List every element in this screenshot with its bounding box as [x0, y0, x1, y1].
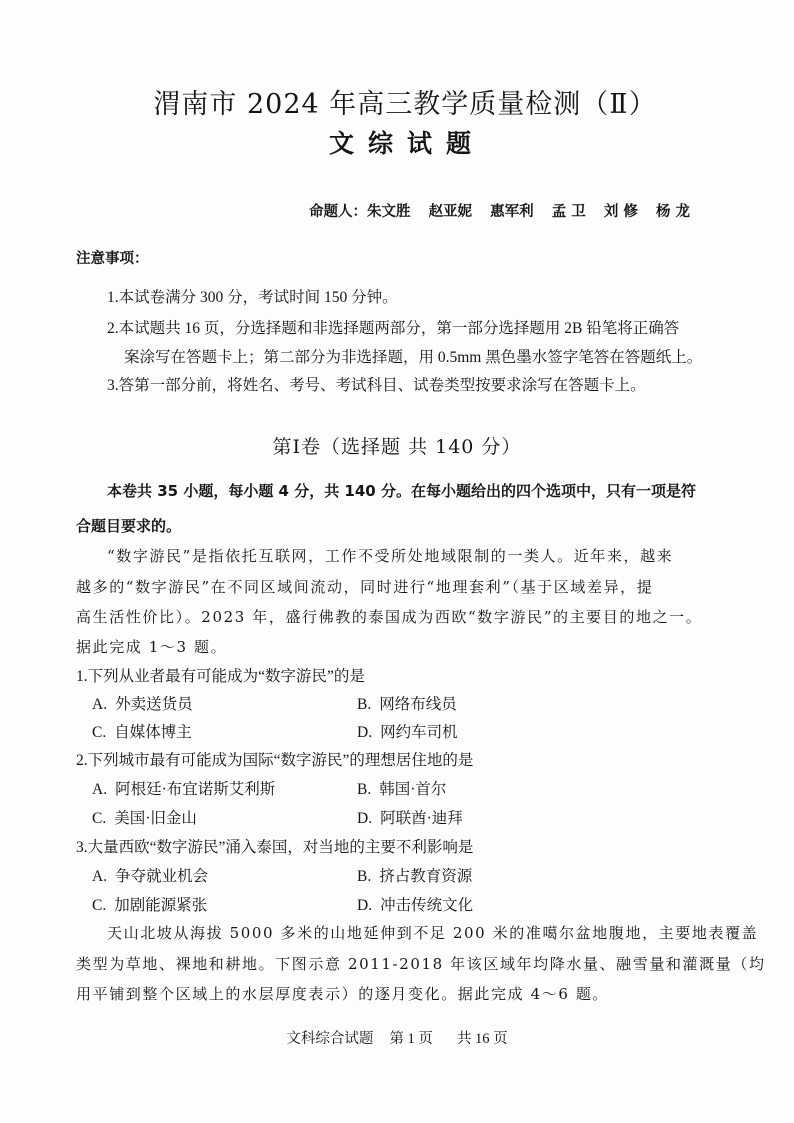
- passage-line: 类型为草地、裸地和耕地。下图示意 2011-2018 年该区域年均降水量、融雪量…: [76, 953, 766, 974]
- option-b: B.韩国·首尔: [357, 777, 446, 799]
- author-name: 惠军利: [490, 204, 534, 220]
- section-title: 第Ⅰ卷（选择题 共 140 分）: [0, 432, 794, 459]
- passage-line: “数字游民”是指依托互联网，工作不受所处地域限制的一类人。近年来，越来: [107, 545, 673, 566]
- option-a: A.外卖送货员: [92, 692, 193, 714]
- option-d: D.阿联酋·迪拜: [357, 806, 463, 828]
- question-stem: 2.下列城市最有可能成为国际“数字游民”的理想居住地的是: [76, 748, 473, 770]
- option-d: D.网约车司机: [357, 720, 458, 742]
- option-letter: A.: [92, 868, 107, 885]
- notice-item: 1.本试卷满分 300 分，考试时间 150 分钟。: [107, 285, 398, 307]
- option-letter: B.: [357, 696, 371, 713]
- notice-item: 3.答第一部分前，将姓名、考号、考试科目、试卷类型按要求涂写在答题卡上。: [107, 373, 646, 395]
- option-c: C.美国·旧金山: [92, 806, 197, 828]
- option-text: 自媒体博主: [114, 724, 192, 741]
- author-name: 杨 龙: [656, 204, 690, 220]
- option-letter: A.: [92, 781, 107, 798]
- option-letter: B.: [357, 868, 371, 885]
- option-letter: D.: [357, 724, 372, 741]
- option-text: 加剧能源紧张: [114, 897, 207, 914]
- authors-label: 命题人：: [309, 204, 367, 220]
- option-text: 挤占教育资源: [379, 868, 472, 885]
- footer-total-pages: 共 16 页: [457, 1031, 508, 1047]
- option-letter: C.: [92, 724, 106, 741]
- option-a: A.阿根廷·布宜诺斯艾利斯: [92, 777, 275, 799]
- author-name: 朱文胜: [367, 204, 411, 220]
- option-b: B.网络布线员: [357, 692, 457, 714]
- option-letter: C.: [92, 897, 106, 914]
- option-letter: D.: [357, 810, 372, 827]
- footer-subject: 文科综合试题: [286, 1031, 373, 1047]
- option-letter: D.: [357, 897, 372, 914]
- passage-line: 越多的“数字游民”在不同区域间流动，同时进行“地理套利”（基于区域差异，提: [76, 576, 653, 597]
- option-letter: B.: [357, 781, 371, 798]
- question-stem: 3.大量西欧“数字游民”涌入泰国，对当地的主要不利影响是: [76, 835, 473, 857]
- option-c: C.加剧能源紧张: [92, 893, 207, 915]
- authors-line: 命题人：朱文胜 赵亚妮 惠军利 孟 卫 刘 修 杨 龙: [309, 200, 690, 221]
- section-instructions: 本卷共 35 小题，每小题 4 分，共 140 分。在每小题给出的四个选项中，只…: [107, 480, 696, 501]
- author-name: 赵亚妮: [429, 204, 473, 220]
- page-footer: 文科综合试题第 1 页共 16 页: [0, 1027, 794, 1048]
- option-text: 韩国·首尔: [379, 781, 446, 798]
- passage-line: 用平铺到整个区域上的水层厚度表示）的逐月变化。据此完成 4～6 题。: [76, 983, 609, 1004]
- notice-item: 2.本试题共 16 页，分选择题和非选择题两部分，第一部分选择题用 2B 铅笔将…: [107, 316, 679, 338]
- option-text: 冲击传统文化: [380, 897, 473, 914]
- option-text: 阿根廷·布宜诺斯艾利斯: [115, 781, 275, 798]
- notice-item-continued: 案涂写在答题卡上；第二部分为非选择题，用 0.5mm 黑色墨水签字笔答在答题纸上…: [124, 345, 702, 367]
- option-c: C.自媒体博主: [92, 720, 192, 742]
- passage-line: 据此完成 1～3 题。: [76, 636, 227, 657]
- passage-line: 高生活性价比）。2023 年，盛行佛教的泰国成为西欧“数字游民”的主要目的地之一…: [76, 606, 702, 627]
- author-name: 刘 修: [604, 204, 638, 220]
- option-text: 阿联酋·迪拜: [380, 810, 463, 827]
- passage-line: 天山北坡从海拔 5000 多米的山地延伸到不足 200 米的准噶尔盆地腹地，主要…: [107, 922, 758, 943]
- option-b: B.挤占教育资源: [357, 864, 472, 886]
- section-instructions-continued: 合题目要求的。: [76, 515, 181, 536]
- option-letter: C.: [92, 810, 106, 827]
- option-text: 网约车司机: [380, 724, 458, 741]
- option-text: 美国·旧金山: [114, 810, 197, 827]
- option-a: A.争夺就业机会: [92, 864, 208, 886]
- author-name: 孟 卫: [552, 204, 586, 220]
- notice-heading: 注意事项：: [76, 247, 149, 268]
- option-text: 网络布线员: [379, 696, 457, 713]
- exam-page: 渭南市 2024 年高三教学质量检测（Ⅱ） 文综试题 命题人：朱文胜 赵亚妮 惠…: [0, 0, 794, 1123]
- option-text: 争夺就业机会: [115, 868, 208, 885]
- option-d: D.冲击传统文化: [357, 893, 473, 915]
- option-text: 外卖送货员: [115, 696, 193, 713]
- question-stem: 1.下列从业者最有可能成为“数字游民”的是: [76, 664, 365, 686]
- option-letter: A.: [92, 696, 107, 713]
- exam-subtitle: 文综试题: [0, 124, 794, 160]
- exam-title: 渭南市 2024 年高三教学质量检测（Ⅱ）: [0, 82, 794, 121]
- footer-page-number: 第 1 页: [389, 1031, 433, 1047]
